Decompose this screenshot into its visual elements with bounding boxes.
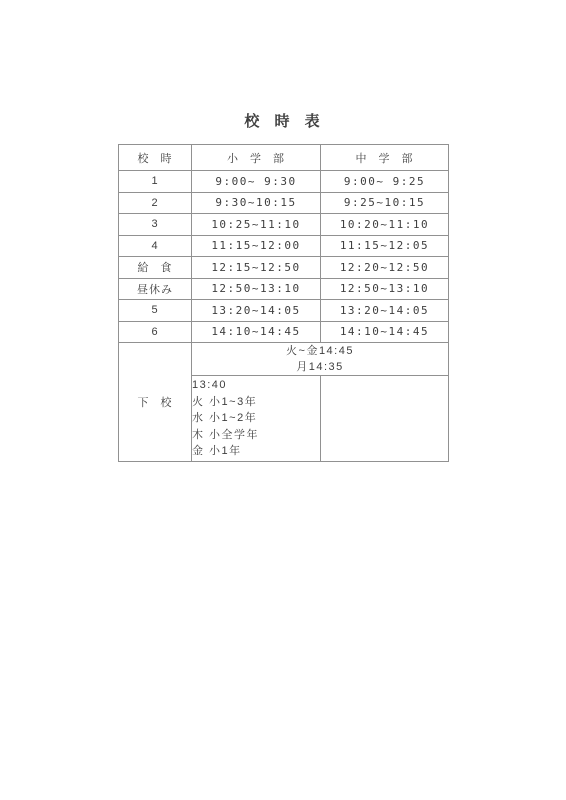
period-label: 4 [119,235,192,257]
document-page: 校 時 表 校 時 小 学 部 中 学 部 1 9:00~ 9:30 9:00~… [0,0,566,800]
table-row-lunch: 給 食 12:15~12:50 12:20~12:50 [119,257,449,279]
elementary-time: 9:30~10:15 [192,192,321,214]
elementary-time: 11:15~12:00 [192,235,321,257]
table-header-row: 校 時 小 学 部 中 学 部 [119,145,449,171]
period-label: 6 [119,321,192,343]
dismissal-time-weekdays: 火~金14:45 [192,343,448,359]
table-row-period-1: 1 9:00~ 9:30 9:00~ 9:25 [119,171,449,193]
period-label: 給 食 [119,257,192,279]
junior-high-time: 12:20~12:50 [321,257,449,279]
junior-high-time: 10:20~11:10 [321,214,449,236]
junior-high-time: 13:20~14:05 [321,300,449,322]
table-row-period-3: 3 10:25~11:10 10:20~11:10 [119,214,449,236]
header-elementary: 小 学 部 [192,145,321,171]
junior-high-time: 9:25~10:15 [321,192,449,214]
table-row-period-4: 4 11:15~12:00 11:15~12:05 [119,235,449,257]
dismissal-detail-cell: 13:40 火 小1~3年 水 小1~2年 木 小全学年 金 小1年 [192,376,321,462]
table-row-period-2: 2 9:30~10:15 9:25~10:15 [119,192,449,214]
period-label: 2 [119,192,192,214]
table-row-period-5: 5 13:20~14:05 13:20~14:05 [119,300,449,322]
elementary-time: 14:10~14:45 [192,321,321,343]
dismissal-detail-line: 金 小1年 [192,443,320,460]
elementary-time: 13:20~14:05 [192,300,321,322]
period-label: 3 [119,214,192,236]
elementary-time: 10:25~11:10 [192,214,321,236]
junior-high-time: 9:00~ 9:25 [321,171,449,193]
table-row-dismissal: 下 校 火~金14:45 月14:35 [119,343,449,376]
elementary-time: 12:50~13:10 [192,278,321,300]
header-junior-high: 中 学 部 [321,145,449,171]
schedule-table: 校 時 小 学 部 中 学 部 1 9:00~ 9:30 9:00~ 9:25 … [118,144,449,462]
dismissal-times-cell: 火~金14:45 月14:35 [192,343,449,376]
dismissal-detail-line: 水 小1~2年 [192,410,320,427]
dismissal-empty-cell [321,376,449,462]
table-row-period-6: 6 14:10~14:45 14:10~14:45 [119,321,449,343]
dismissal-detail-line: 木 小全学年 [192,427,320,444]
page-title: 校 時 表 [0,110,566,131]
junior-high-time: 12:50~13:10 [321,278,449,300]
period-label: 昼休み [119,278,192,300]
table-row-lunch-break: 昼休み 12:50~13:10 12:50~13:10 [119,278,449,300]
header-period: 校 時 [119,145,192,171]
dismissal-detail-line: 火 小1~3年 [192,394,320,411]
dismissal-time-monday: 月14:35 [192,359,448,375]
elementary-time: 9:00~ 9:30 [192,171,321,193]
period-label: 5 [119,300,192,322]
junior-high-time: 14:10~14:45 [321,321,449,343]
dismissal-detail-line: 13:40 [192,377,320,394]
dismissal-label: 下 校 [119,343,192,462]
junior-high-time: 11:15~12:05 [321,235,449,257]
elementary-time: 12:15~12:50 [192,257,321,279]
period-label: 1 [119,171,192,193]
